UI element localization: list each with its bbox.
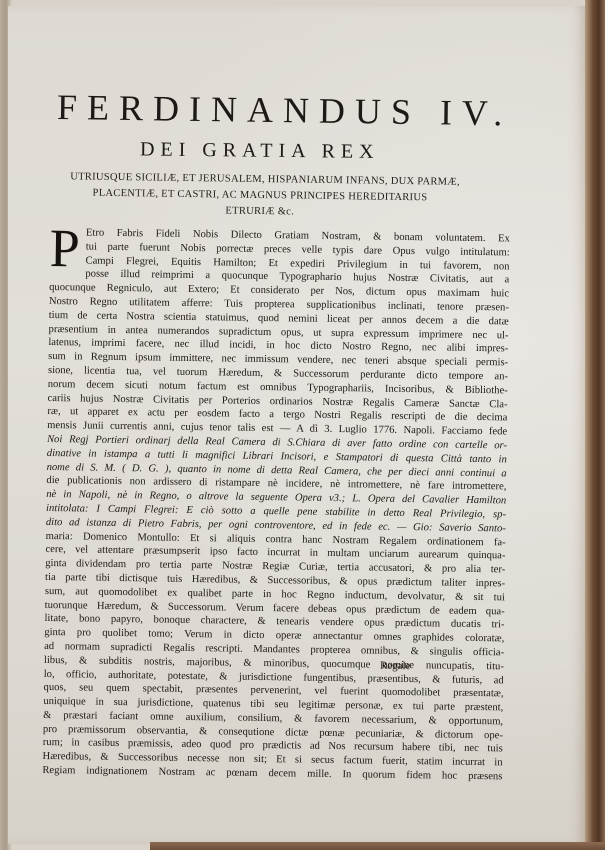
privilege-body-text: P Etro Fabris Fideli Nobis Dilecto Grati… xyxy=(42,226,510,784)
page-title: FERDINANDUS IV. xyxy=(57,86,478,134)
royal-titles: UTRIUSQUE SICILIÆ, ET JERUSALEM, HISPANI… xyxy=(70,169,451,222)
book-cover-edge-right xyxy=(585,0,605,850)
body-lines: Etro Fabris Fideli Nobis Dilecto Gratiam… xyxy=(42,226,510,784)
drop-cap: P xyxy=(49,228,80,268)
book-cover-edge-bottom xyxy=(150,842,605,850)
catchword: Regale xyxy=(380,660,411,672)
page-subtitle: DEI GRATIA REX xyxy=(140,138,440,164)
